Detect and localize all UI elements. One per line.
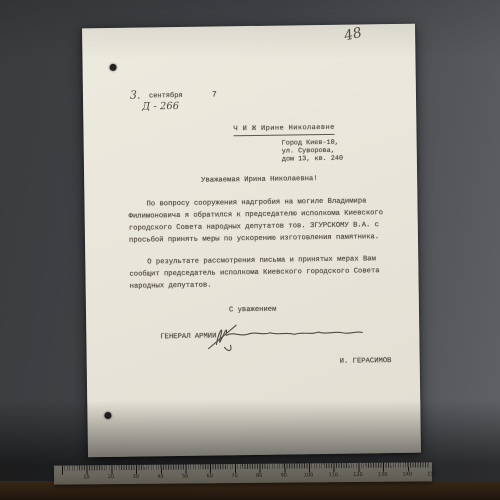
ruler-number: 70 [222, 473, 247, 479]
typed-date-year-digit: 7 [212, 90, 217, 99]
ruler: 102030405060708090100110120130140150 [54, 462, 432, 484]
signer-name: И. ГЕРАСИМОВ [340, 357, 392, 366]
closing-phrase: С уважением [229, 306, 277, 315]
ruler-number: 50 [173, 473, 198, 479]
ruler-number: 90 [271, 473, 296, 479]
photo-background: 48 3. сентября 7 Д - 266 Ч И Ж Ирине Ник… [0, 0, 500, 500]
ruler-number: 100 [296, 472, 321, 478]
ruler-number: 40 [148, 474, 173, 480]
ruler-number: 20 [99, 474, 124, 480]
body-line: просьбой принять меры по ускорению изгот… [129, 231, 395, 247]
recipient-name: Ч И Ж Ирине Николаевне [233, 124, 334, 136]
ruler-number: 140 [395, 471, 420, 477]
handwritten-doc-number: Д - 266 [142, 101, 179, 113]
address-line: дом 13, кв. 240 [282, 155, 343, 164]
ruler-number: 110 [321, 472, 346, 478]
ruler-number: 120 [346, 472, 371, 478]
ruler-number: 80 [247, 473, 272, 479]
salutation: Уважаемая Ирина Николаевна! [201, 175, 318, 185]
document-paper: 48 3. сентября 7 Д - 266 Ч И Ж Ирине Ник… [82, 24, 421, 458]
ruler-number: 10 [74, 474, 99, 480]
punch-hole-top [110, 64, 117, 71]
body-line: народных депутатов. [130, 277, 396, 293]
ruler-number: 30 [123, 474, 148, 480]
recipient-address: Город Киев-10, ул. Суворова, дом 13, кв.… [282, 139, 344, 164]
paragraph-1: По вопросу сооружения надгробия на могил… [128, 195, 395, 247]
punch-hole-bottom [104, 412, 111, 419]
ruler-number: 130 [370, 472, 395, 478]
ruler-number: 150 [420, 471, 445, 477]
handwritten-date-day: 3. [130, 89, 141, 102]
handwritten-page-number: 48 [343, 25, 364, 45]
paragraph-2: О результате рассмотрения письма и приня… [129, 253, 395, 293]
signature-scrawl [204, 318, 369, 354]
ruler-number: 60 [197, 473, 222, 479]
typed-date-month: сентября [149, 92, 183, 100]
